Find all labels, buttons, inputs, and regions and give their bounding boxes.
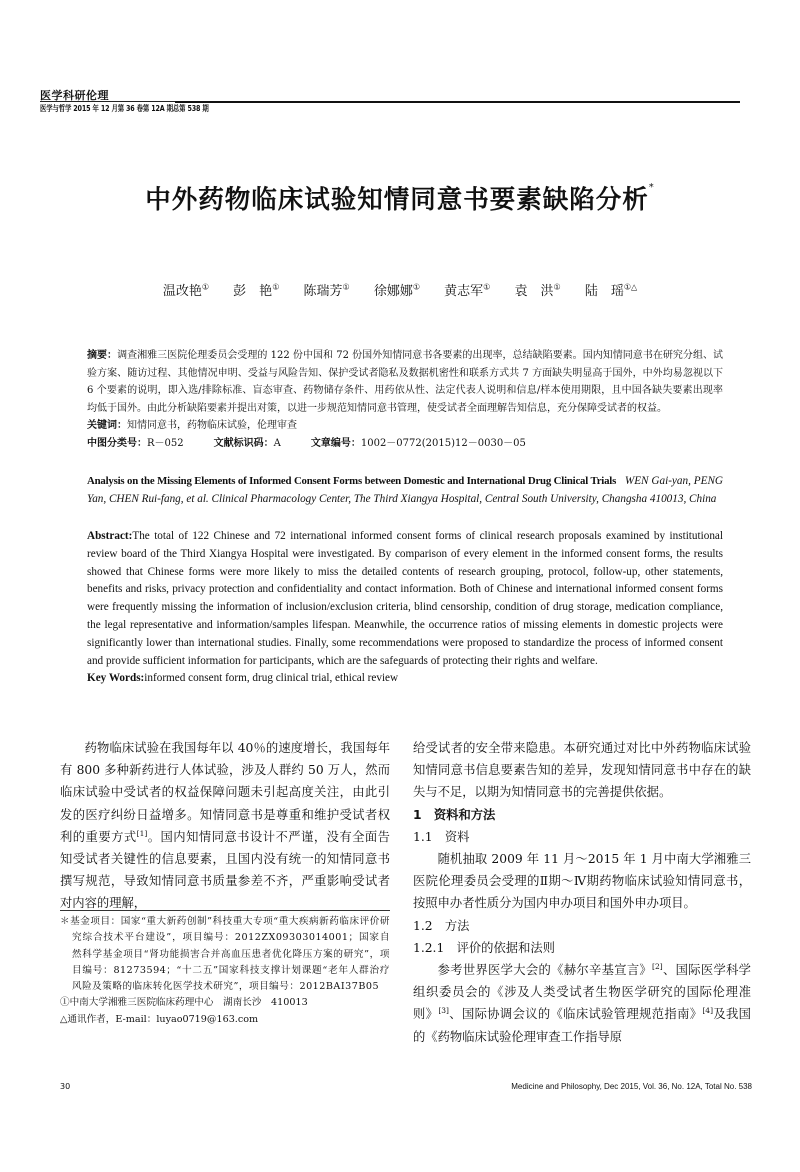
author: 陆 瑶①△ (585, 284, 637, 299)
section-heading-1-2: 1.2 方法 (413, 915, 751, 937)
abstract-cn-label: 摘要： (87, 350, 117, 361)
footnote-affiliation: ①中南大学湘雅三医院临床药理中心 湖南长沙 410013 (60, 995, 390, 1011)
author: 陈瑞芳① (304, 284, 350, 299)
citation-4[interactable]: [4] (702, 1006, 713, 1015)
author: 袁 洪① (514, 284, 560, 299)
section-heading-1: 1 资料和方法 (413, 804, 751, 826)
intro-paragraph: 药物临床试验在我国每年以 40％的速度增长，我国每年有 800 多种新药进行人体… (60, 737, 390, 915)
classification-line: 中图分类号：R－052文献标识码：A文章编号：1002－0772(2015)12… (87, 435, 723, 453)
footnotes: ＊基金项目：国家“重大新药创制”科技重大专项“重大疾病新药临床评价研究综合技术平… (60, 914, 390, 1028)
citation-1[interactable]: [1] (137, 829, 148, 838)
citation-2[interactable]: [2] (652, 962, 663, 971)
page-number: 30 (60, 1082, 70, 1091)
author: 黄志军① (444, 284, 490, 299)
materials-paragraph: 随机抽取 2009 年 11 月～2015 年 1 月中南大学湘雅三医院伦理委员… (413, 848, 751, 915)
method-paragraph: 参考世界医学大会的《赫尔辛基宣言》[2]、国际医学科学组织委员会的《涉及人类受试… (413, 959, 751, 1048)
intro-paragraph-continued: 给受试者的安全带来隐患。本研究通过对比中外药物临床试验知情同意书信息要素告知的差… (413, 737, 751, 804)
citation-3[interactable]: [3] (438, 1006, 449, 1015)
article-title-text: 中外药物临床试验知情同意书要素缺陷分析 (145, 185, 649, 215)
header-rule-thick (175, 101, 740, 103)
keywords-cn: 关键词：知情同意书，药物临床试验，伦理审查 (87, 417, 723, 435)
author: 彭 艳① (233, 284, 279, 299)
abstract-en: Abstract:The total of 122 Chinese and 72… (87, 528, 723, 688)
footnote-divider (60, 910, 390, 911)
abstract-cn-text: 调查湘雅三医院伦理委员会受理的 122 份中国和 72 份国外知情同意书各要素的… (87, 350, 723, 414)
abstract-cn-paragraph: 摘要：调查湘雅三医院伦理委员会受理的 122 份中国和 72 份国外知情同意书各… (87, 347, 723, 417)
author: 温改艳① (163, 284, 209, 299)
author: 徐娜娜① (374, 284, 420, 299)
abstract-cn: 摘要：调查湘雅三医院伦理委员会受理的 122 份中国和 72 份国外知情同意书各… (87, 347, 723, 453)
title-footnote-mark: * (649, 182, 655, 193)
section-heading-1-1: 1.1 资料 (413, 826, 751, 848)
abstract-en-header: Analysis on the Missing Elements of Info… (87, 473, 723, 509)
footnote-funding: ＊基金项目：国家“重大新药创制”科技重大专项“重大疾病新药临床评价研究综合技术平… (60, 914, 390, 995)
english-title: Analysis on the Missing Elements of Info… (87, 475, 616, 487)
section-heading-1-2-1: 1.2.1 评价的依据和法则 (413, 937, 751, 959)
journal-footer: Medicine and Philosophy, Dec 2015, Vol. … (511, 1082, 752, 1091)
abstract-en-paragraph: Abstract:The total of 122 Chinese and 72… (87, 528, 723, 670)
body-right-column: 给受试者的安全带来隐患。本研究通过对比中外药物临床试验知情同意书信息要素告知的差… (413, 737, 751, 1048)
footnote-corresponding: △通讯作者，E-mail：luyao0719@163.com (60, 1012, 390, 1028)
journal-citation-line: 医学与哲学 2015 年 12 月第 36 卷第 12A 期总第 538 期 (40, 103, 209, 114)
body-left-column: 药物临床试验在我国每年以 40％的速度增长，我国每年有 800 多种新药进行人体… (60, 737, 390, 915)
author-list: 温改艳① 彭 艳① 陈瑞芳① 徐娜娜① 黄志军① 袁 洪① 陆 瑶①△ (0, 280, 800, 299)
keywords-en: Key Words:informed consent form, drug cl… (87, 670, 723, 688)
article-title: 中外药物临床试验知情同意书要素缺陷分析* (0, 180, 800, 216)
